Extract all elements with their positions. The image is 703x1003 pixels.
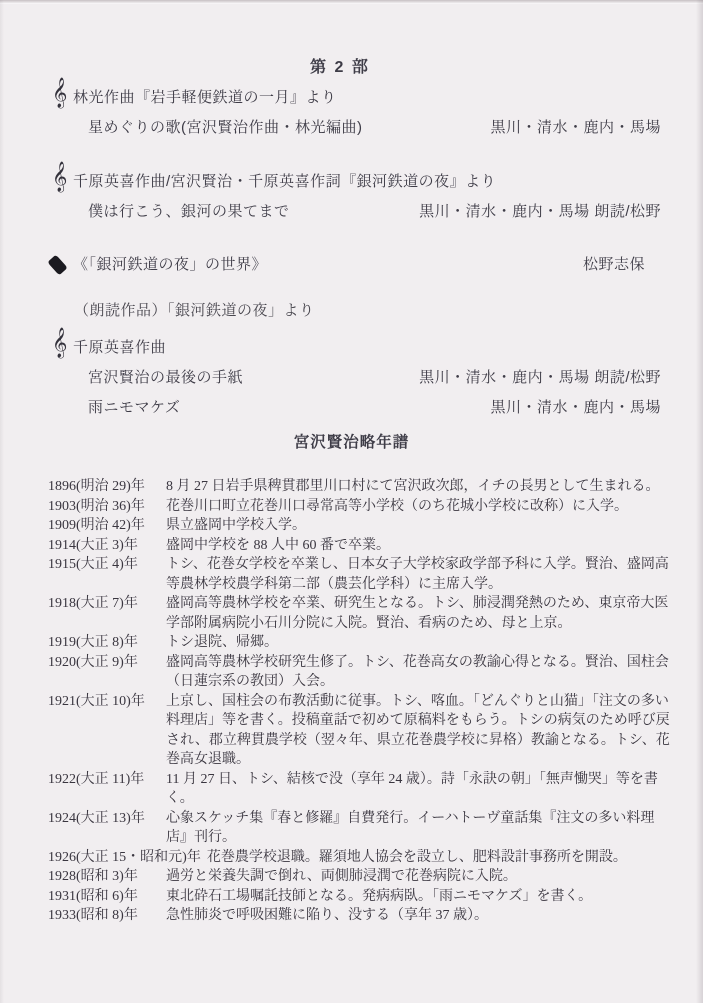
chronology-year: 1918(大正 7)年 [48,594,166,614]
reading-note: （朗読作品）「銀河鉄道の夜」より [74,299,315,320]
chronology-row: 1931(昭和 6)年 東北砕石工場嘱託技師となる。発病病臥。「雨ニモマケズ」を… [48,887,670,907]
chronology-row: 1914(大正 3)年 盛岡中学校を 88 人中 60 番で卒業。 [48,536,670,556]
chronology-year: 1933(昭和 8)年 [48,906,166,926]
song-title: 宮沢賢治の最後の手紙 [88,366,243,387]
performers: 黒川・清水・鹿内・馬場 朗読/松野 [419,200,661,221]
chronology-text: 心象スケッチ集『春と修羅』自費発行。イーハトーヴ童話集『注文の多い料理店』刊行。 [166,809,670,848]
chronology-row: 1928(昭和 3)年 過労と栄養失調で倒れ、両側肺浸潤で花巻病院に入院。 [48,867,670,887]
page-left-edge [0,0,4,1003]
concert-program-page: 第 2 部 𝄞 林光作曲『岩手軽便鉄道の一月』より 星めぐりの歌(宮沢賢治作曲・… [0,0,703,1003]
chronology-year: 1920(大正 9)年 [48,653,166,673]
treble-clef-icon: 𝄞 [52,330,72,356]
chronology-row: 1919(大正 8)年 トシ退院、帰郷。 [48,633,670,653]
chronology-text: 過労と栄養失調で倒れ、両側肺浸潤で花巻病院に入院。 [166,867,670,887]
chronology-text: 11 月 27 日、トシ、結核で没（享年 24 歳）。詩「永訣の朝」「無声慟哭」… [166,770,670,809]
performer-name: 松野志保 [583,253,645,274]
chronology-row: 1918(大正 7)年 盛岡高等農林学校を卒業、研究生となる。トシ、肺浸潤発熱の… [48,594,670,633]
chronology-year: 1922(大正 11)年 [48,770,166,790]
chronology-year: 1931(昭和 6)年 [48,887,166,907]
chronology-row: 1924(大正 13)年 心象スケッチ集『春と修羅』自費発行。イーハトーヴ童話集… [48,809,670,848]
chronology-text: 東北砕石工場嘱託技師となる。発病病臥。「雨ニモマケズ」を書く。 [166,887,670,907]
page-top-edge [0,0,703,4]
chronology-year: 1919(大正 8)年 [48,633,166,653]
chronology-row: 1896(明治 29)年 8 月 27 日岩手県稗貫郡里川口村にて宮沢政次郎，イ… [48,477,670,497]
chronology-row: 1909(明治 42)年 県立盛岡中学校入学。 [48,516,670,536]
chronology-text: トシ退院、帰郷。 [166,633,670,653]
chronology-text: 県立盛岡中学校入学。 [166,516,670,536]
song-title: 星めぐりの歌(宮沢賢治作曲・林光編曲) [88,116,363,137]
chronology-year: 1914(大正 3)年 [48,536,166,556]
chronology-row: 1933(昭和 8)年 急性肺炎で呼吸困難に陥り、没する（享年 37 歳）。 [48,906,670,926]
chronology-text: 上京し、国柱会の布教活動に従事。トシ、喀血。「どんぐりと山猫」「注文の多い料理店… [166,692,670,770]
chronology-title: 宮沢賢治略年譜 [0,430,703,452]
chronology-year: 1924(大正 13)年 [48,809,166,829]
chronology-row: 1920(大正 9)年 盛岡高等農林学校研究生修了。トシ、花巻高女の教諭心得とな… [48,653,670,692]
program-song-row: 僕は行こう、銀河の果てまで 黒川・清水・鹿内・馬場 朗読/松野 [88,200,661,221]
chronology-year: 1903(明治 36)年 [48,497,166,517]
program-song-row: 星めぐりの歌(宮沢賢治作曲・林光編曲) 黒川・清水・鹿内・馬場 [88,116,661,137]
chronology-text: 盛岡高等農林学校研究生修了。トシ、花巻高女の教諭心得となる。賢治、国柱会（日蓮宗… [166,653,670,692]
chronology-year: 1909(明治 42)年 [48,516,166,536]
chronology-row: 1903(明治 36)年 花巻川口町立花巻川口尋常高等小学校（のち花城小学校に改… [48,497,670,517]
chronology-row: 1926(大正 15・昭和元)年 花巻農学校退職。羅須地人協会を設立し、肥料設計… [48,848,670,868]
program-heading-row: 《「銀河鉄道の夜」の世界》 松野志保 [73,253,645,274]
chronology-year: 1915(大正 4)年 [48,555,166,575]
chronology-row: 1921(大正 10)年 上京し、国柱会の布教活動に従事。トシ、喀血。「どんぐり… [48,692,670,770]
program-song-row: 雨ニモマケズ 黒川・清水・鹿内・馬場 [88,396,661,417]
program-song-row: 宮沢賢治の最後の手紙 黒川・清水・鹿内・馬場 朗読/松野 [88,366,661,387]
chronology-text: 8 月 27 日岩手県稗貫郡里川口村にて宮沢政次郎，イチの長男として生まれる。 [166,477,670,497]
program-heading-3: 《「銀河鉄道の夜」の世界》 [73,253,267,274]
performers: 黒川・清水・鹿内・馬場 朗読/松野 [419,366,661,387]
chronology-text: 花巻川口町立花巻川口尋常高等小学校（のち花城小学校に改称）に入学。 [166,497,670,517]
chronology-text: 花巻農学校退職。羅須地人協会を設立し、肥料設計事務所を開設。 [207,848,670,868]
part-title: 第 2 部 [0,54,680,77]
performers: 黒川・清水・鹿内・馬場 [490,396,661,417]
chronology-row: 1915(大正 4)年 トシ、花巻女学校を卒業し、日本女子大学校家政学部予科に入… [48,555,670,594]
diamond-bullet-icon [47,255,67,276]
chronology-text: 急性肺炎で呼吸困難に陥り、没する（享年 37 歳）。 [166,906,670,926]
performers: 黒川・清水・鹿内・馬場 [490,116,661,137]
treble-clef-icon: 𝄞 [52,80,72,106]
chronology-list: 1896(明治 29)年 8 月 27 日岩手県稗貫郡里川口村にて宮沢政次郎，イ… [48,477,670,926]
chronology-year: 1896(明治 29)年 [48,477,166,497]
song-title: 雨ニモマケズ [88,396,180,417]
treble-clef-icon: 𝄞 [52,164,72,190]
program-heading-1: 林光作曲『岩手軽便鉄道の一月』より [73,86,337,107]
chronology-text: トシ、花巻女学校を卒業し、日本女子大学校家政学部予科に入学。賢治、盛岡高等農林学… [166,555,670,594]
program-heading-4: 千原英喜作曲 [73,336,166,357]
chronology-row: 1922(大正 11)年 11 月 27 日、トシ、結核で没（享年 24 歳）。… [48,770,670,809]
chronology-year: 1928(昭和 3)年 [48,867,166,887]
chronology-year: 1921(大正 10)年 [48,692,166,712]
song-title: 僕は行こう、銀河の果てまで [88,200,290,221]
page-right-edge [696,0,703,1003]
chronology-year: 1926(大正 15・昭和元)年 [48,848,207,868]
chronology-text: 盛岡中学校を 88 人中 60 番で卒業。 [166,536,670,556]
chronology-text: 盛岡高等農林学校を卒業、研究生となる。トシ、肺浸潤発熱のため、東京帝大医学部附属… [166,594,670,633]
program-heading-2: 千原英喜作曲/宮沢賢治・千原英喜作詞『銀河鉄道の夜』より [73,170,496,191]
